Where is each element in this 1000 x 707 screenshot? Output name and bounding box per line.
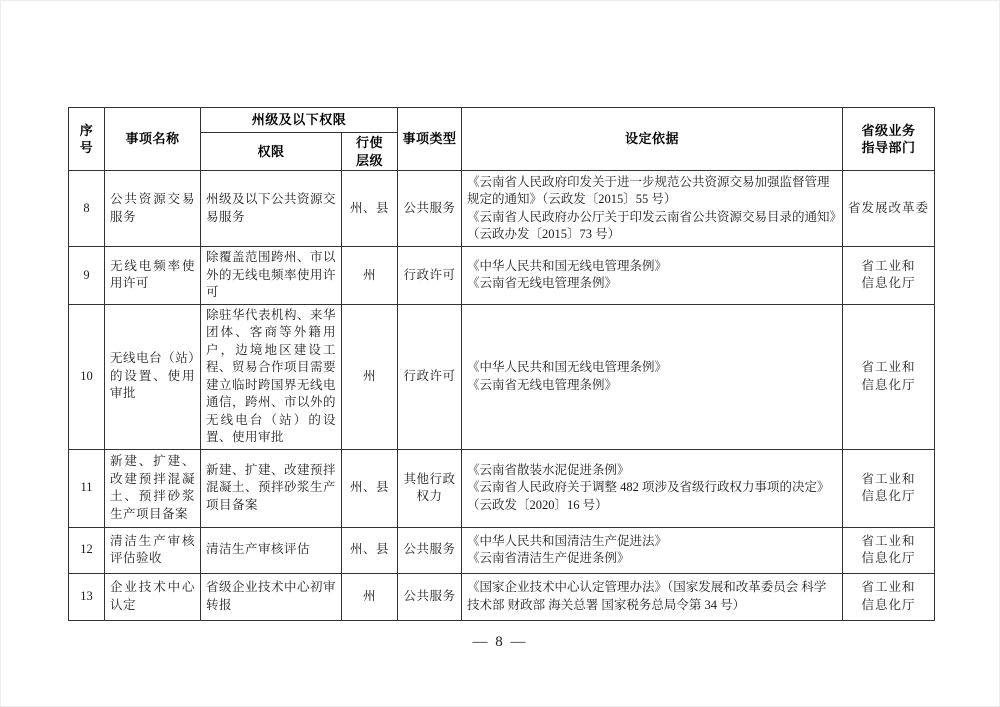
cell-setting-basis: 《国家企业技术中心认定管理办法》（国家发展和改革委员会 科学技术部 财政部 海关… — [462, 573, 843, 620]
cell-setting-basis: 《云南省人民政府印发关于进一步规范公共资源交易加强监督管理规定的通知》（云政发〔… — [462, 171, 843, 247]
cell-item-name: 公共资源交易服务 — [105, 171, 201, 247]
header-guidance-department: 省级业务 指导部门 — [843, 108, 935, 171]
cell-serial-number: 8 — [69, 171, 105, 247]
cell-item-name: 清洁生产审核评估验收 — [105, 527, 201, 573]
table-row: 11 新建、扩建、改建预拌混凝土、预拌砂浆生产项目备案 新建、扩建、改建预拌混凝… — [69, 449, 935, 527]
document-page: 序 号 事项名称 州级及以下权限 事项类型 设定依据 省级业务 指导部门 权限 … — [0, 0, 1000, 707]
header-item-name: 事项名称 — [105, 108, 201, 171]
cell-guidance-dept: 省工业和 信息化厅 — [843, 304, 935, 449]
cell-guidance-dept: 省工业和 信息化厅 — [843, 247, 935, 305]
cell-item-name: 新建、扩建、改建预拌混凝土、预拌砂浆生产项目备案 — [105, 449, 201, 527]
header-prefecture-authority-group: 州级及以下权限 — [201, 108, 398, 133]
table-row: 10 无线电台（站）的设置、使用审批 除驻华代表机构、来华团体、客商等外籍用户，… — [69, 304, 935, 449]
table-row: 9 无线电频率使用许可 除覆盖范围跨州、市以外的无线电频率使用许可 州 行政许可… — [69, 247, 935, 305]
header-setting-basis: 设定依据 — [462, 108, 843, 171]
cell-item-name: 无线电频率使用许可 — [105, 247, 201, 305]
cell-exercise-level: 州 — [342, 573, 398, 620]
cell-setting-basis: 《云南省散装水泥促进条例》 《云南省人民政府关于调整 482 项涉及省级行政权力… — [462, 449, 843, 527]
cell-setting-basis: 《中华人民共和国无线电管理条例》 《云南省无线电管理条例》 — [462, 304, 843, 449]
table-row: 8 公共资源交易服务 州级及以下公共资源交易服务 州、县 公共服务 《云南省人民… — [69, 171, 935, 247]
table-row: 12 清洁生产审核评估验收 清洁生产审核评估 州、县 公共服务 《中华人民共和国… — [69, 527, 935, 573]
cell-item-type: 公共服务 — [398, 573, 462, 620]
cell-exercise-level: 州 — [342, 304, 398, 449]
cell-serial-number: 12 — [69, 527, 105, 573]
cell-serial-number: 9 — [69, 247, 105, 305]
cell-guidance-dept: 省工业和 信息化厅 — [843, 527, 935, 573]
cell-guidance-dept: 省工业和 信息化厅 — [843, 449, 935, 527]
cell-setting-basis: 《中华人民共和国无线电管理条例》 《云南省无线电管理条例》 — [462, 247, 843, 305]
cell-guidance-dept: 省发展改革委 — [843, 171, 935, 247]
cell-item-type: 公共服务 — [398, 527, 462, 573]
cell-exercise-level: 州、县 — [342, 449, 398, 527]
cell-exercise-level: 州 — [342, 247, 398, 305]
cell-serial-number: 10 — [69, 304, 105, 449]
table-row: 13 企业技术中心认定 省级企业技术中心初审转报 州 公共服务 《国家企业技术中… — [69, 573, 935, 620]
cell-authority: 省级企业技术中心初审转报 — [201, 573, 342, 620]
authority-items-table: 序 号 事项名称 州级及以下权限 事项类型 设定依据 省级业务 指导部门 权限 … — [68, 107, 935, 621]
cell-exercise-level: 州、县 — [342, 527, 398, 573]
cell-guidance-dept: 省工业和 信息化厅 — [843, 573, 935, 620]
cell-exercise-level: 州、县 — [342, 171, 398, 247]
cell-authority: 除驻华代表机构、来华团体、客商等外籍用户，边境地区建设工程、贸易合作项目需要建立… — [201, 304, 342, 449]
header-item-type: 事项类型 — [398, 108, 462, 171]
header-serial-number: 序 号 — [69, 108, 105, 171]
cell-authority: 清洁生产审核评估 — [201, 527, 342, 573]
cell-authority: 新建、扩建、改建预拌混凝土、预拌砂浆生产项目备案 — [201, 449, 342, 527]
cell-serial-number: 11 — [69, 449, 105, 527]
cell-authority: 除覆盖范围跨州、市以外的无线电频率使用许可 — [201, 247, 342, 305]
header-authority: 权限 — [201, 133, 342, 171]
cell-serial-number: 13 — [69, 573, 105, 620]
cell-item-name: 企业技术中心认定 — [105, 573, 201, 620]
header-exercise-level: 行使 层级 — [342, 133, 398, 171]
cell-item-name: 无线电台（站）的设置、使用审批 — [105, 304, 201, 449]
cell-item-type: 其他行政权力 — [398, 449, 462, 527]
cell-item-type: 公共服务 — [398, 171, 462, 247]
cell-authority: 州级及以下公共资源交易服务 — [201, 171, 342, 247]
page-number: — 8 — — [1, 634, 999, 651]
cell-setting-basis: 《中华人民共和国清洁生产促进法》 《云南省清洁生产促进条例》 — [462, 527, 843, 573]
cell-item-type: 行政许可 — [398, 247, 462, 305]
header-row-top: 序 号 事项名称 州级及以下权限 事项类型 设定依据 省级业务 指导部门 — [69, 108, 935, 133]
cell-item-type: 行政许可 — [398, 304, 462, 449]
